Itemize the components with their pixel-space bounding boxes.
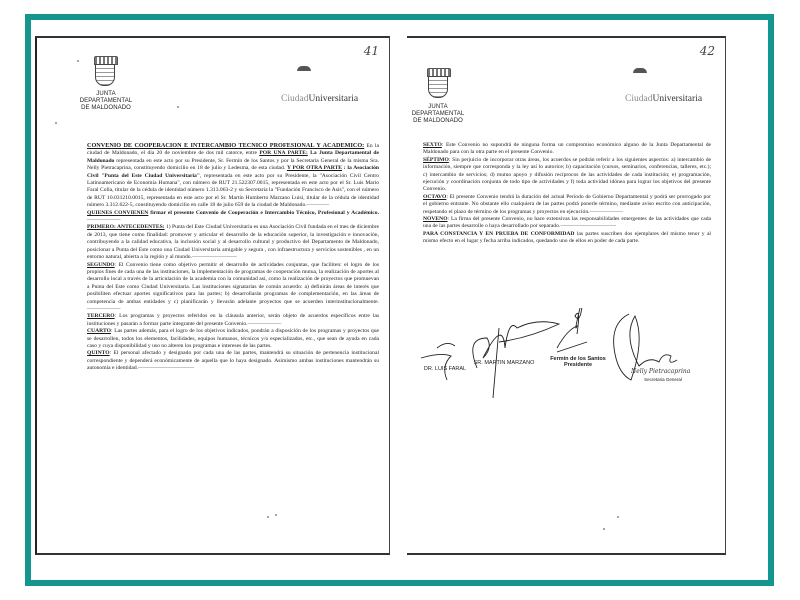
clause-tercero: TERCERO: Los programas y proyectos refer… xyxy=(87,313,379,328)
agreement-body-page-41: CONVENIO DE COOPERACION E INTERCAMBIO TE… xyxy=(87,142,379,373)
signature-name: DR. LUIS FARAL xyxy=(415,366,475,372)
document-page-42: 42 JUNTA DEPARTAMENTAL DE MALDONADO Ciud… xyxy=(407,36,726,555)
clause-intro: CONVENIO DE COOPERACION E INTERCAMBIO TE… xyxy=(87,142,379,210)
document-page-41: 41 JUNTA DEPARTAMENTAL DE MALDONADO Ciud… xyxy=(35,36,390,555)
org-name: JUNTA DEPARTAMENTAL DE MALDONADO xyxy=(71,91,141,112)
clause-sexto: SEXTO: Este Convenio no supondrá de ning… xyxy=(423,142,711,157)
ciudad-universitaria-logo: CiudadUniversitaria xyxy=(281,94,358,104)
signature-name: Fermín de los Santos Presidente xyxy=(545,356,611,368)
clause-noveno: NOVENO: La firma del presente Convenio, … xyxy=(423,216,711,231)
signature-title: Secretaria General xyxy=(633,377,693,382)
signature-name: Nelly Pietracaprina xyxy=(631,368,690,375)
clause-octavo: OCTAVO: El presente Convenio tendrá la d… xyxy=(423,194,711,216)
signature-name: SR. MARTIN MARZANO xyxy=(469,360,539,366)
clause-septimo: SÉPTIMO: Sin perjuicio de incorporar otr… xyxy=(423,157,711,194)
signatures-area xyxy=(407,308,725,398)
maldonado-coat-of-arms-icon xyxy=(94,56,116,86)
clause-primero: PRIMERO: ANTECEDENTES: 1) Punta del Este… xyxy=(87,224,379,261)
clause-constancia: PARA CONSTANCIA Y EN PRUEBA DE CONFORMID… xyxy=(423,231,711,246)
clause-segundo: SEGUNDO: El Convenio tiene como objetivo… xyxy=(87,262,379,314)
page-number: 42 xyxy=(700,44,715,58)
maldonado-coat-of-arms-icon xyxy=(427,68,449,98)
ciudad-universitaria-dome-icon xyxy=(633,68,647,73)
ciudad-universitaria-dome-icon xyxy=(297,66,311,71)
clause-cuarto: CUARTO: Las partes además, para el logro… xyxy=(87,328,379,350)
clause-quinto: QUINTO: El personal afectado y designado… xyxy=(87,350,379,372)
clause-quienes-convienen: QUIENES CONVIENEN firmar el presente Con… xyxy=(87,210,379,225)
page-number: 41 xyxy=(364,44,379,58)
signature-faral-stroke xyxy=(421,343,455,380)
agreement-body-page-42: SEXTO: Este Convenio no supondrá de ning… xyxy=(423,142,711,246)
ciudad-universitaria-logo: CiudadUniversitaria xyxy=(625,94,702,104)
org-name: JUNTA DEPARTAMENTAL DE MALDONADO xyxy=(403,104,473,125)
